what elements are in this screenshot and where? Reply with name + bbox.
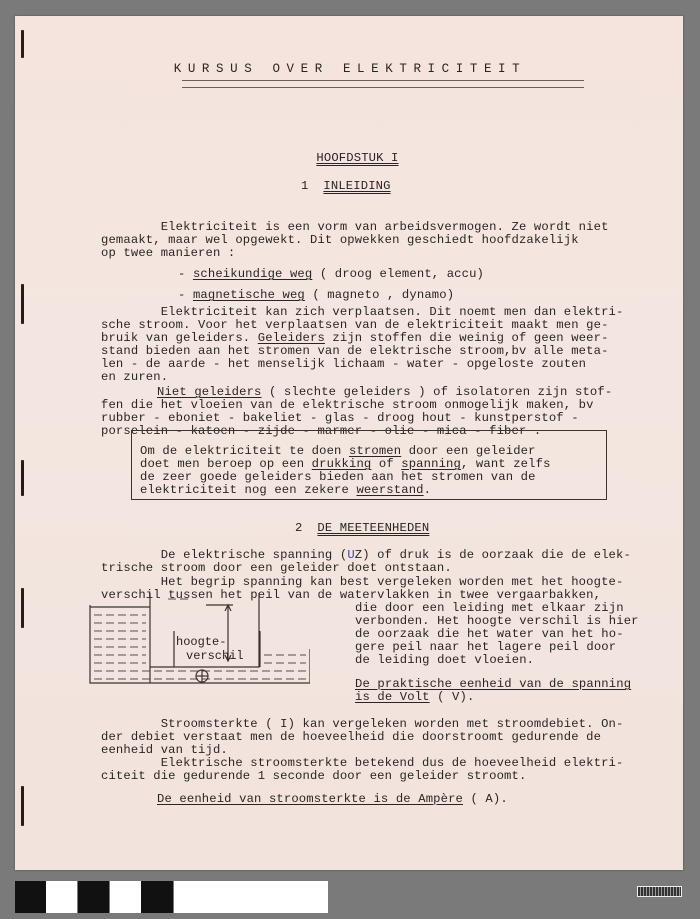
voltage-side-line: de leiding doet vloeien. xyxy=(355,654,534,668)
chapter-heading: HOOFDSTUK I xyxy=(0,138,700,165)
figure-label: verschil xyxy=(186,649,244,663)
handwritten-annotation: U xyxy=(347,548,354,562)
calibration-block xyxy=(15,881,46,913)
current-line: citeit die gedurende 1 seconde door een … xyxy=(101,770,526,784)
voltage-unit-line: is de Volt ( V). xyxy=(355,691,474,705)
method-item: - magnetische weg ( magneto , dynamo) xyxy=(178,289,454,303)
calibration-block xyxy=(46,881,77,913)
water-vessels-diagram: hoogte- verschil xyxy=(88,593,310,685)
margin-mark xyxy=(21,588,24,628)
method-item: - scheikundige weg ( droog element, accu… xyxy=(178,268,484,282)
current-unit-line: De eenheid van stroomsterkte is de Ampèr… xyxy=(157,793,508,807)
title-double-rule xyxy=(182,80,584,88)
conductors-line: len - de aarde - het menselijk lichaam -… xyxy=(101,358,586,372)
section-1-heading: 1 INLEIDING xyxy=(301,180,391,194)
margin-mark xyxy=(21,786,24,826)
voltage-line: trische stroom door een geleider doet on… xyxy=(101,562,452,576)
calibration-block xyxy=(110,881,141,913)
margin-mark xyxy=(21,30,24,58)
archive-label xyxy=(637,886,682,897)
section-2-heading: 2 DE MEETEENHEDEN xyxy=(295,522,429,536)
figure-label: hoogte- xyxy=(176,635,226,649)
margin-mark xyxy=(21,460,24,496)
calibration-block xyxy=(174,881,328,913)
conductors-line: en zuren. xyxy=(101,371,168,385)
calibration-block xyxy=(141,881,173,913)
document-title: KURSUS OVER ELEKTRICITEIT xyxy=(0,62,700,76)
margin-mark xyxy=(21,284,24,324)
boxed-note-line: elektriciteit nog een zekere weerstand. xyxy=(140,484,431,498)
intro-line: op twee manieren : xyxy=(101,247,235,261)
calibration-block xyxy=(78,881,109,913)
